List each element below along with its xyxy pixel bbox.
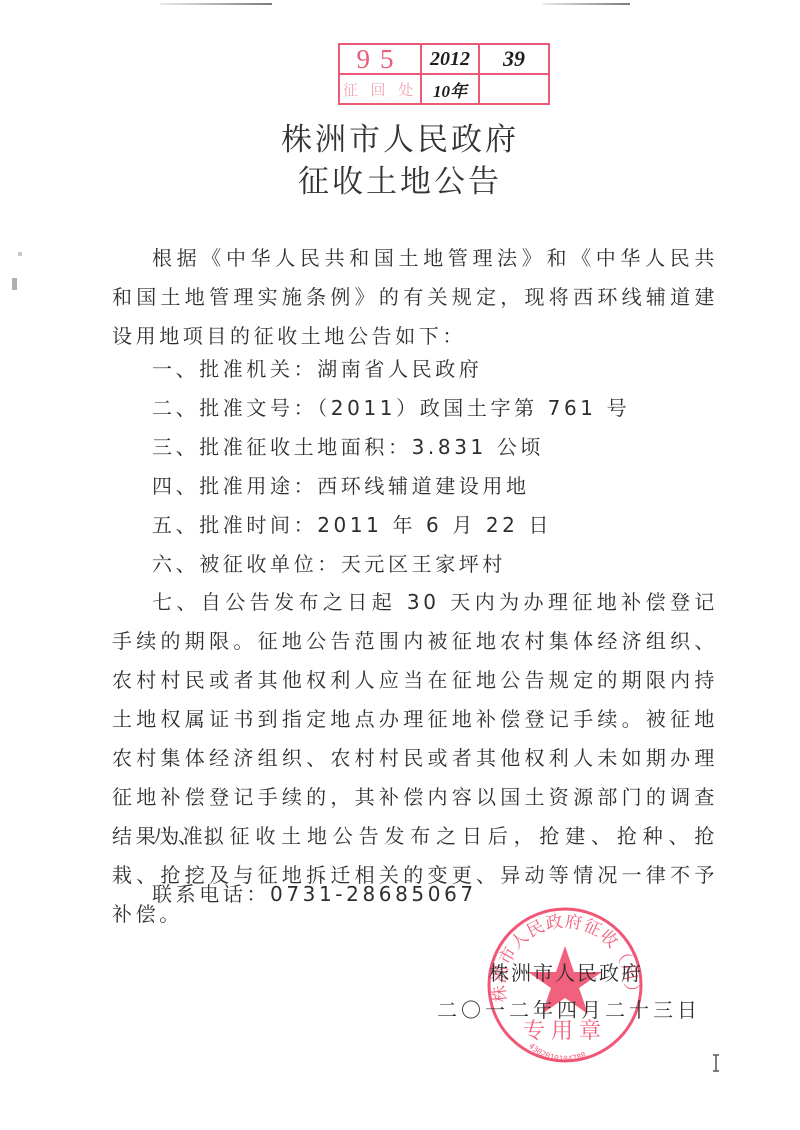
item-label: 四、批准用途：: [152, 474, 317, 498]
item-value: 西环线辅道建设用地: [317, 474, 529, 498]
item-approval-date: 五、批准时间：2011 年 6 月 22 日: [152, 506, 552, 545]
registration-number: 95: [340, 45, 420, 73]
item-value: 湖南省人民政府: [317, 357, 482, 381]
svg-text:4302010104788: 4302010104788: [527, 1041, 588, 1063]
item-registration-period: 七、自公告发布之日起 30 天内为办理征地补偿登记手续的期限。征地公告范围内被征…: [112, 583, 718, 856]
item-value: 3.831 公顷: [412, 435, 544, 459]
signature-issuer: 株洲市人民政府: [489, 957, 643, 986]
item-value: （2011）政国土字第 761 号: [317, 396, 630, 420]
registration-copies: 10年: [422, 75, 478, 103]
item-expropriated-unit: 六、被征收单位：天元区王家坪村: [152, 545, 506, 584]
scan-top-line-right: [543, 3, 630, 5]
item-label: 五、批准时间：: [152, 513, 317, 537]
registration-volume: 39: [480, 45, 548, 73]
item-approval-authority: 一、批准机关：湖南省人民政府: [152, 350, 482, 389]
item-label: 一、批准机关：: [152, 357, 317, 381]
registration-label: 征 回 处: [340, 75, 420, 103]
item-label: 六、被征收单位：: [152, 552, 341, 576]
seal-serial: 4302010104788: [527, 1041, 588, 1063]
margin-speck: [18, 252, 22, 256]
signature-date: 二〇一二年四月二十三日: [437, 994, 701, 1023]
item-value: 2011 年 6 月 22 日: [317, 513, 552, 537]
text-cursor-icon: [711, 1053, 721, 1073]
intro-paragraph: 根据《中华人民共和国土地管理法》和《中华人民共和国土地管理实施条例》的有关规定，…: [112, 239, 718, 356]
registration-year: 2012: [422, 45, 478, 73]
margin-speck: [12, 278, 17, 290]
contact-line: 联系电话：0731-28685067: [152, 875, 477, 914]
item-approved-use: 四、批准用途：西环线辅道建设用地: [152, 467, 530, 506]
scan-top-line-left: [160, 3, 272, 5]
page-title: 征收土地公告: [0, 156, 800, 201]
item-label: 三、批准征收土地面积：: [152, 435, 412, 459]
registration-box: 95 征 回 处 2012 39 10年: [338, 43, 550, 105]
contact-label: 联系电话：: [152, 882, 270, 906]
item-value: 天元区王家坪村: [341, 552, 506, 576]
item-approval-document-number: 二、批准文号：（2011）政国土字第 761 号: [152, 389, 630, 428]
contact-phone: 0731-28685067: [270, 882, 477, 906]
item-approved-area: 三、批准征收土地面积：3.831 公顷: [152, 428, 544, 467]
item-label: 二、批准文号：: [152, 396, 317, 420]
issuer-heading: 株洲市人民政府: [0, 114, 800, 159]
